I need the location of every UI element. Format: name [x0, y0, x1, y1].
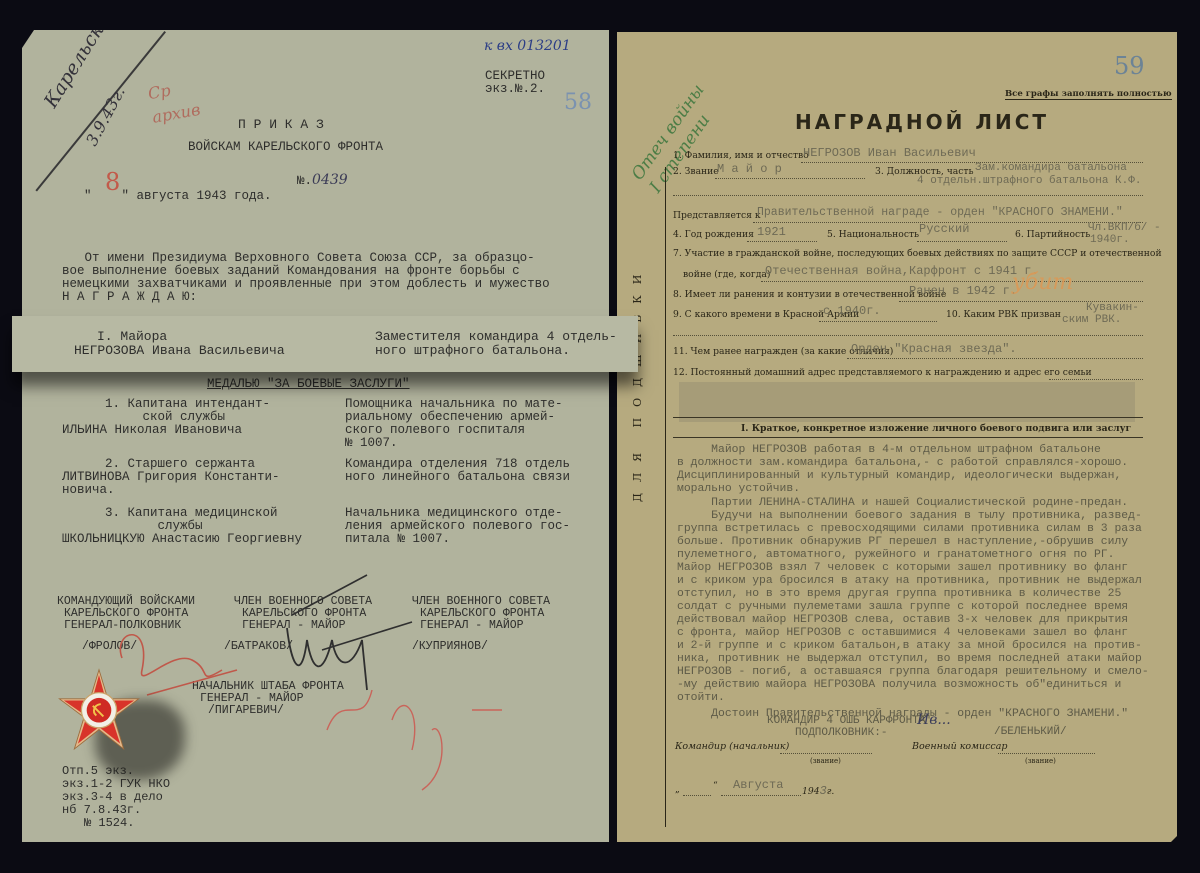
narrative-line: и с криком ура бросился в атаку на проти…	[677, 575, 1142, 589]
field-2-rule	[715, 178, 865, 179]
narrative-line: больше. Противник обнаружив РГ перешел в…	[677, 536, 1128, 550]
redacted-address-area	[679, 382, 1135, 422]
field-5-rule	[917, 241, 1007, 242]
red-pencil-note: Ср архив	[146, 74, 202, 130]
first-awardee-name: НЕГРОЗОВА Ивана Васильевича	[74, 344, 285, 358]
field-3-rule	[673, 195, 1143, 196]
field-5-value: Русский	[919, 222, 969, 236]
field-10-label: 10. Каким РВК призван	[946, 309, 1061, 320]
narrative-line: Дисциплинированный и культурный командир…	[677, 470, 1121, 484]
presented-for-value: Правительственной награде - орден "КРАСН…	[757, 206, 1123, 219]
section-rule-top	[673, 417, 1143, 418]
date-year-suffix: 3	[820, 784, 827, 798]
narrative-line: НЕГРОЗОВ - погиб, а оставшаяся группа бл…	[677, 666, 1149, 680]
narrative-line: отойти.	[677, 692, 725, 706]
field-9-rule	[819, 321, 937, 322]
field-4-label: 4. Год рождения	[673, 229, 754, 240]
page-number-handwritten: 59	[1114, 52, 1145, 80]
awardee-position: питала № 1007.	[345, 533, 450, 546]
orange-killed-note: убит	[1012, 270, 1073, 295]
commander-typed-title: КОМАНДИР 4 ОШБ КАРФРОНТА	[767, 715, 925, 727]
order-number-handwritten: 0439	[312, 172, 348, 188]
field-6-value-1: Чл.ВКП/б/ -	[1088, 222, 1161, 234]
narrative-line: группа встретилась с превосходящими сила…	[677, 523, 1142, 537]
field-1-label: 1. Фамилия, имя и отчество	[673, 150, 809, 161]
order-number: №.0439	[267, 161, 348, 201]
order-of-patriotic-war-medal-icon	[55, 668, 143, 756]
date-close-quote: “	[713, 780, 718, 791]
field-5-label: 5. Национальность	[827, 229, 919, 240]
field-3-value-2: 4 отдельн.штрафного батальона К.Ф.	[917, 175, 1141, 187]
awardee-position: ного линейного батальона связи	[345, 471, 570, 484]
commander-rule	[780, 753, 872, 754]
awards-verb: Н А Г Р А Ж Д А Ю:	[62, 291, 197, 304]
order-title: П Р И К А З	[238, 118, 324, 131]
commissar-rule	[998, 753, 1095, 754]
field-7-rule	[761, 281, 1143, 282]
date-year-prefix: 194	[802, 786, 820, 797]
section-heading: I. Краткое, конкретное изложение личного…	[741, 423, 1131, 434]
date-year: 1943г.	[802, 784, 834, 798]
date-day-rule	[683, 795, 711, 796]
date-open-quote: „	[675, 784, 680, 795]
field-6-value-2: 1940г.	[1090, 234, 1130, 246]
field-4-value: 1921	[757, 225, 786, 239]
signatory-name: /ПИГАРЕВИЧ/	[208, 704, 284, 717]
first-awardee-rank: I. Майора	[97, 330, 167, 344]
section-rule-bottom	[673, 437, 1143, 438]
awardee-name: ИЛЬИНА Николая Ивановича	[62, 424, 242, 437]
narrative-line: в должности зам.командира батальона,- с …	[677, 457, 1128, 471]
commissar-rank-caption: (звание)	[1025, 757, 1056, 765]
binding-line	[665, 167, 666, 827]
commander-rank-caption: (звание)	[810, 757, 841, 765]
commissar-label: Военный комиссар	[912, 741, 1008, 752]
fill-all-instruction: Все графы заполнять полностью	[1005, 89, 1172, 100]
commander-label: Командир (начальник)	[675, 741, 789, 752]
field-10-value-2: ским РВК.	[1062, 314, 1121, 326]
order-subtitle: ВОЙСКАМ КАРЕЛЬСКОГО ФРОНТА	[188, 141, 383, 154]
narrative-line: солдат с ручными пулеметами зашла группе…	[677, 601, 1128, 615]
field-4-rule	[747, 241, 817, 242]
signatory-name: /КУПРИЯНОВ/	[412, 640, 488, 653]
binding-label: ДЛЯ ПОДШИВКИ	[631, 264, 644, 502]
field-7-label-1: 7. Участие в гражданской войне, последую…	[673, 248, 1162, 259]
narrative-line: Партии ЛЕНИНА-СТАЛИНА и нашей Социалисти…	[677, 497, 1128, 511]
field-2-value: М а й о р	[717, 162, 782, 176]
field-8-value: Ранен в 1942 г.	[909, 284, 1017, 298]
narrative-line: действовал майор НЕГРОЗОВ слева, оставив…	[677, 614, 1128, 628]
narrative-line: Майор НЕГРОЗОВ работая в 4-м отдельном ш…	[677, 444, 1101, 458]
signatory-name: /БАТРАКОВ/	[224, 640, 293, 653]
awardee-name-cont: новича.	[62, 484, 115, 497]
commander-typed-rank: ПОДПОЛКОВНИК:-	[795, 727, 887, 739]
field-9-value: с 1940г.	[823, 304, 881, 318]
first-awardee-position-2: ного штрафного батальона.	[375, 344, 570, 358]
narrative-line: с фронта, майор НЕГРОЗОВ с оставшимися 4…	[677, 627, 1128, 641]
field-12-label: 12. Постоянный домашний адрес представля…	[673, 367, 1092, 378]
field-7-label-2: войне (где, когда)	[683, 269, 770, 280]
medal-heading: МЕДАЛЬЮ "ЗА БОЕВЫЕ ЗАСЛУГИ"	[207, 378, 410, 391]
signatory-title: ГЕНЕРАЛ - МАЙОР	[420, 619, 524, 632]
narrative-line: и 2-й группе и с криком батальон,в атаку…	[677, 640, 1142, 654]
narrative-line: отступил, но в это время другая группа п…	[677, 588, 1121, 602]
field-11-rule	[847, 358, 1143, 359]
presented-for-label: Представляется к	[673, 210, 761, 221]
field-12-rule	[1049, 379, 1143, 380]
award-sheet-title: НАГРАДНОЙ ЛИСТ	[795, 110, 1049, 134]
narrative-line: -му действию майора НЕГРОЗОВА получила в…	[677, 679, 1121, 693]
date-month: Августа	[733, 778, 783, 792]
narrative-line: пулеметного, автоматного, ружейного и гр…	[677, 549, 1114, 563]
field-1-value: НЕГРОЗОВ Иван Васильевич	[803, 146, 976, 160]
award-sheet-document: Отеч войны I степени 59 Все графы заполн…	[617, 32, 1177, 842]
blue-incoming-number: к вх 013201	[484, 38, 571, 54]
awardee-position: № 1007.	[345, 437, 398, 450]
field-10-value-1: Кувакин-	[1086, 302, 1139, 314]
narrative-line: Майор НЕГРОЗОВ взял 7 человек с которыми…	[677, 562, 1128, 576]
date-month-rule	[721, 795, 801, 796]
field-2-label: 2. Звание	[673, 166, 719, 177]
field-7-value: Отечественная война,Карфронт с 1941 г.	[765, 264, 1039, 278]
narrative-line: Будучи на выполнении боевого задания в т…	[677, 510, 1142, 524]
order-number-prefix: №.	[297, 174, 312, 188]
signatory-name: /ФРОЛОВ/	[82, 640, 137, 653]
field-10-rule	[673, 335, 1143, 336]
first-awardee-strip: I. Майора НЕГРОЗОВА Ивана Васильевича За…	[12, 316, 638, 372]
narrative-line: ника, противник не выдержал отступил, во…	[677, 653, 1142, 667]
field-8-label: 8. Имеет ли ранения и контузии в отечест…	[673, 289, 946, 300]
signatory-title: ГЕНЕРАЛ-ПОЛКОВНИК	[64, 619, 181, 632]
commander-signature: Ив...	[917, 712, 951, 728]
narrative-line: морально устойчив.	[677, 483, 800, 497]
signatory-title: ГЕНЕРАЛ - МАЙОР	[242, 619, 346, 632]
date-year-suffix-label: г.	[827, 786, 835, 797]
field-11-value: Орден "Красная звезда".	[851, 342, 1017, 356]
commander-name: /БЕЛЕНЬКИЙ/	[994, 726, 1067, 738]
archive-handwritten-date: 3.9.43г.	[82, 83, 129, 148]
field-3-value-1: Зам.командира батальона	[975, 162, 1127, 174]
first-awardee-position-1: Заместителя командира 4 отдель-	[375, 330, 617, 344]
awardee-name: ШКОЛЬНИЦКУЮ Анастасию Георгиевну	[62, 533, 302, 546]
field-6-label: 6. Партийность	[1015, 229, 1090, 240]
distribution-line: № 1524.	[84, 817, 134, 830]
blue-page-number: 58	[564, 90, 592, 115]
red-day-number: 8	[105, 168, 120, 196]
copy-number: экз.№.2.	[485, 83, 545, 96]
